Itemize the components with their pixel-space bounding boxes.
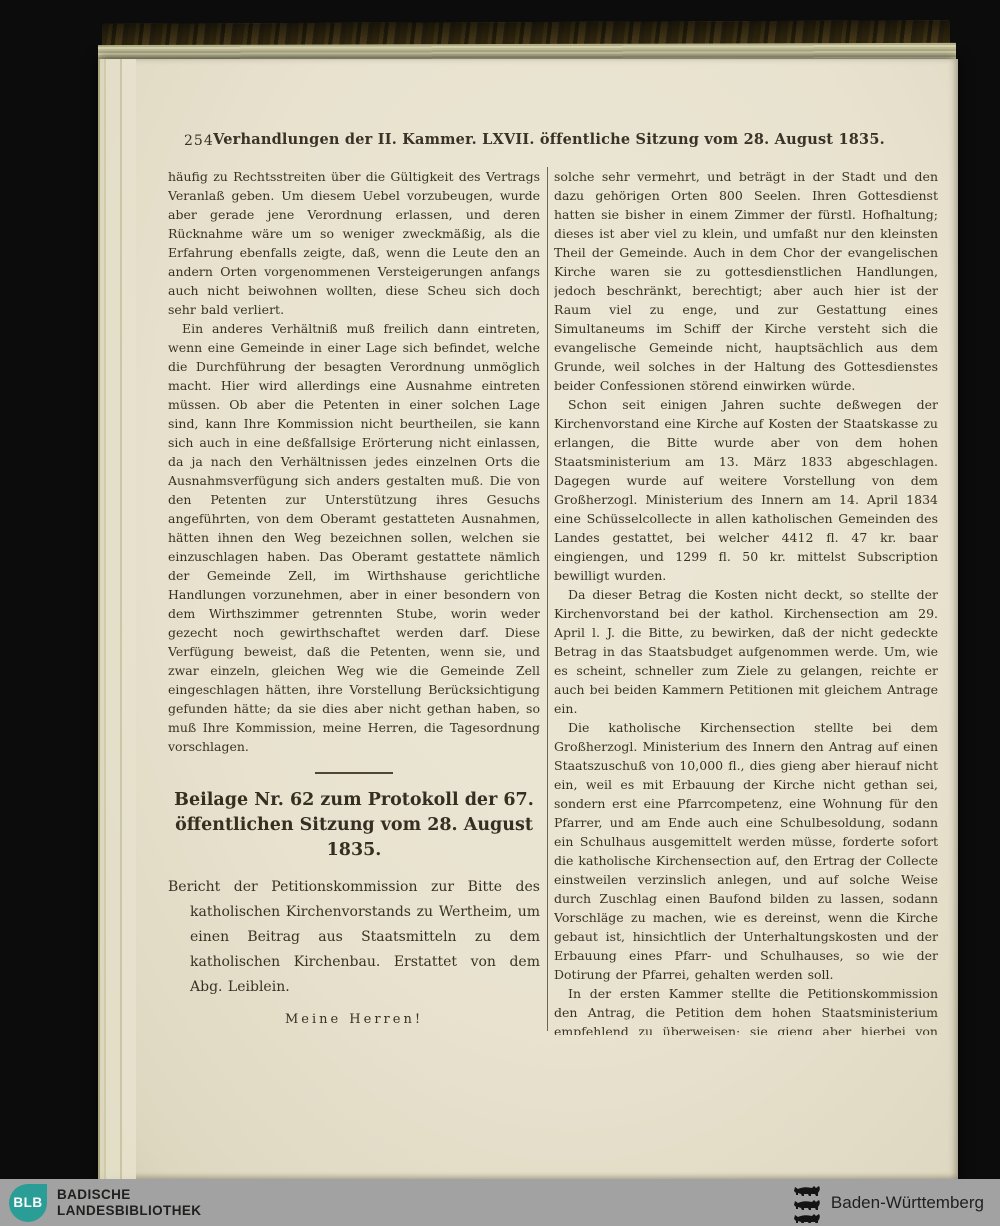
body-paragraph: Da dieser Betrag die Kosten nicht deckt,… xyxy=(554,585,938,718)
library-branding: BLB BADISCHE LANDESBIBLIOTHEK xyxy=(9,1184,201,1222)
body-paragraph: häufig zu Rechtsstreiten über die Gültig… xyxy=(168,167,540,319)
library-footer-bar: BLB BADISCHE LANDESBIBLIOTHEK Baden-Würt… xyxy=(0,1179,1000,1226)
column-divider-rule xyxy=(547,167,548,1031)
book-page-edges-left xyxy=(98,59,136,1179)
blb-logo: BLB xyxy=(9,1184,47,1222)
scanned-page: 254 Verhandlungen der II. Kammer. LXVII.… xyxy=(98,59,958,1179)
coat-of-arms-icon xyxy=(791,1183,821,1223)
beilage-heading: Beilage Nr. 62 zum Protokoll der 67. öff… xyxy=(174,788,534,863)
running-title: Verhandlungen der II. Kammer. LXVII. öff… xyxy=(158,131,940,148)
body-paragraph: In der ersten Kammer stellte die Petitio… xyxy=(554,984,938,1035)
book-scan: 254 Verhandlungen der II. Kammer. LXVII.… xyxy=(98,0,958,1179)
blb-logo-text: BLB xyxy=(13,1195,42,1210)
salutation: Meine Herren! xyxy=(168,1010,540,1029)
library-name: BADISCHE LANDESBIBLIOTHEK xyxy=(57,1187,201,1219)
library-name-line2: LANDESBIBLIOTHEK xyxy=(57,1203,201,1219)
report-title: Bericht der Petitionskommission zur Bitt… xyxy=(168,875,540,1000)
body-paragraph: Schon seit einigen Jahren suchte deßwege… xyxy=(554,395,938,585)
body-paragraph: solche sehr vermehrt, und beträgt in der… xyxy=(554,167,938,395)
body-paragraph: Die katholische Kirchensection stellte b… xyxy=(554,718,938,984)
page-number: 254 xyxy=(184,133,214,149)
left-column: häufig zu Rechtsstreiten über die Gültig… xyxy=(168,167,540,1035)
section-divider-rule xyxy=(315,772,393,774)
region-branding: Baden-Württemberg xyxy=(791,1183,984,1223)
region-name: Baden-Württemberg xyxy=(831,1193,984,1213)
page-header: 254 Verhandlungen der II. Kammer. LXVII.… xyxy=(158,131,940,153)
body-paragraph: Ein anderes Verhältniß muß freilich dann… xyxy=(168,319,540,756)
right-column: solche sehr vermehrt, und beträgt in der… xyxy=(554,167,938,1035)
library-name-line1: BADISCHE xyxy=(57,1187,201,1203)
